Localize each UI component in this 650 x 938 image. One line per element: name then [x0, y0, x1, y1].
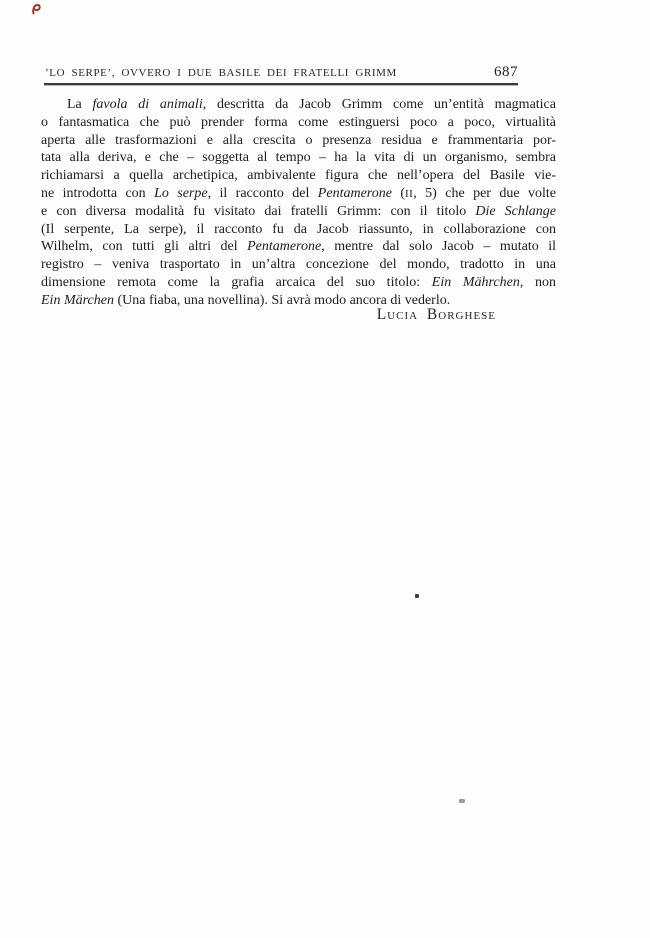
- body-text-segment: registro – veniva trasportato in un’altr…: [41, 257, 556, 272]
- running-head: ’LO SERPE’, OVVERO I DUE BASILE DEI FRAT…: [45, 64, 518, 81]
- header-rule: [44, 83, 518, 85]
- scan-speck: [415, 594, 419, 598]
- body-text-segment: (Il serpente, La serpe), il racconto fu …: [41, 222, 556, 237]
- body-text-segment: Pentamerone: [247, 239, 321, 254]
- body-line: ne introdotta con Lo serpe, il racconto …: [41, 185, 556, 203]
- body-text-segment: aperta alle trasformazioni e alla cresci…: [41, 133, 556, 148]
- red-ink-mark-glyph: [31, 3, 43, 16]
- body-text-segment: Ein Mährchen: [432, 275, 520, 290]
- body-line: registro – veniva trasportato in un’altr…: [41, 256, 556, 274]
- body-text-segment: Pentamerone: [318, 186, 392, 201]
- body-text-segment: (: [392, 186, 405, 201]
- body-line: (Il serpente, La serpe), il racconto fu …: [41, 221, 556, 239]
- body-text-segment: richiamarsi a quella archetipica, ambiva…: [41, 168, 556, 183]
- body-text-segment: tata alla deriva, e che – soggetta al te…: [41, 150, 556, 165]
- body-text-segment: Die Schlange: [475, 204, 556, 219]
- scan-speck: [459, 799, 465, 803]
- body-line: La favola di animali, descritta da Jacob…: [41, 96, 556, 114]
- body-text-segment: Lo serpe: [154, 186, 208, 201]
- body-text-segment: La: [67, 97, 93, 112]
- scanned-page: ’LO SERPE’, OVVERO I DUE BASILE DEI FRAT…: [0, 0, 650, 938]
- red-ink-mark: [31, 3, 43, 16]
- body-text-segment: , descritta da Jacob Grimm come un’entit…: [203, 97, 556, 112]
- body-line: richiamarsi a quella archetipica, ambiva…: [41, 167, 556, 185]
- body-line: tata alla deriva, e che – soggetta al te…: [41, 149, 556, 167]
- body-line: dimensione remota come la grafia arcaica…: [41, 274, 556, 292]
- body-text-segment: dimensione remota come la grafia arcaica…: [41, 275, 432, 290]
- body-line: aperta alle trasformazioni e alla cresci…: [41, 132, 556, 150]
- body-text-segment: , mentre dal solo Jacob – mutato il: [321, 239, 556, 254]
- body-line: o fantasmatica che può prender forma com…: [41, 114, 556, 132]
- body-paragraph: La favola di animali, descritta da Jacob…: [41, 96, 556, 310]
- page-number: 687: [494, 64, 518, 81]
- body-text-segment: , 5) che per due volte: [413, 186, 556, 201]
- body-text-segment: , il racconto del: [208, 186, 318, 201]
- body-text-segment: , non: [520, 275, 556, 290]
- author-signature: Lucia Borghese: [41, 306, 556, 324]
- body-text-segment: o fantasmatica che può prender forma com…: [41, 115, 556, 130]
- body-text-segment: favola di animali: [93, 97, 203, 112]
- body-text-segment: Wilhelm, con tutti gli altri del: [41, 239, 247, 254]
- body-text-segment: e con diversa modalità fu visitato dai f…: [41, 204, 475, 219]
- body-line: Wilhelm, con tutti gli altri del Pentame…: [41, 238, 556, 256]
- running-head-title: ’LO SERPE’, OVVERO I DUE BASILE DEI FRAT…: [45, 67, 397, 79]
- body-line: e con diversa modalità fu visitato dai f…: [41, 203, 556, 221]
- body-text-segment: ne introdotta con: [41, 186, 154, 201]
